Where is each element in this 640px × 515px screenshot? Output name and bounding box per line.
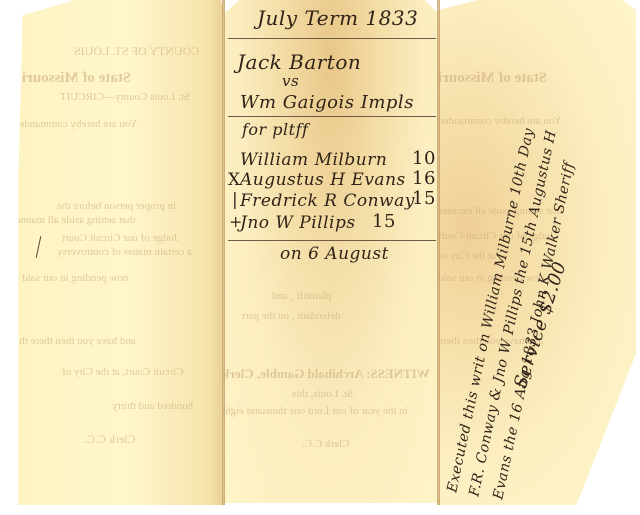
middle-panel: July Term 1833 Jack Barton vs Wm Gaigois… [222, 0, 440, 503]
bleed-text: plaintiff , and [272, 290, 331, 302]
bleed-text: St. Louis County—CIRCUIT [60, 91, 190, 103]
witness-fee: 10 [412, 148, 436, 169]
bleed-text: State of Missouri [438, 70, 547, 87]
bleed-text: Clerk C.C. [84, 432, 136, 447]
bleed-text: Clerk C.C. [302, 438, 349, 450]
divider [228, 240, 436, 241]
bleed-text: COUNTY OF ST. LOUIS [74, 44, 199, 59]
right-panel: State of Missouri You are hereby command… [438, 0, 636, 505]
bleed-text: that setting aside all excuses [438, 205, 563, 217]
term-heading: July Term 1833 [257, 6, 418, 30]
divider [228, 116, 436, 117]
bleed-text: defendant , on the part [242, 310, 341, 322]
witness-fee: 16 [412, 168, 436, 189]
bleed-text: WITNESS: Archibald Gamble, Clerk [222, 366, 430, 382]
ink-mark [36, 236, 42, 258]
versus-label: vs [282, 72, 299, 90]
footer-note: on 6 August [280, 244, 389, 264]
bleed-text: in proper person before the [57, 200, 176, 212]
bleed-text: You are hereby commanded [14, 118, 137, 130]
bleed-text: You are hereby commanded [438, 115, 561, 127]
for-plaintiff-label: for pltff [242, 120, 308, 139]
bleed-text: in the year of our Lord one thousand eig… [222, 405, 408, 417]
divider [228, 38, 436, 39]
bleed-text: St. Louis, this [292, 388, 353, 400]
bleed-text: now pending in our said C [12, 272, 128, 284]
witness-name: William Milburn [240, 150, 387, 170]
left-panel: COUNTY OF ST. LOUIS State of Missouri St… [12, 0, 225, 505]
bleed-text: and have you then there this [12, 335, 136, 347]
document-sheet: COUNTY OF ST. LOUIS State of Missouri St… [0, 0, 640, 515]
witness-fee: 15 [412, 188, 436, 209]
bleed-text: hundred and thirty [112, 400, 193, 412]
defendant-name: Wm Gaigois Impls [240, 92, 414, 113]
witness-name: Fredrick R Conway [240, 191, 415, 211]
witness-name: Jno W Pillips [240, 213, 356, 233]
witness-mark: | [232, 190, 238, 210]
bleed-text: a certain matter of controversy [57, 246, 192, 258]
plaintiff-name: Jack Barton [237, 50, 361, 74]
witness-fee: 15 [372, 211, 396, 232]
fold-line [437, 0, 440, 505]
bleed-text: State of Missouri [22, 70, 131, 87]
bleed-text: Judge of our Circuit Court [62, 232, 178, 244]
witness-name: Augustus H Evans [240, 170, 406, 190]
fold-line [222, 0, 225, 505]
bleed-text: at the City of [438, 250, 496, 262]
bleed-text: that setting aside all manner [12, 214, 135, 226]
bleed-text: Circuit Court, at the City of [62, 366, 184, 378]
witness-mark: X [228, 170, 241, 190]
